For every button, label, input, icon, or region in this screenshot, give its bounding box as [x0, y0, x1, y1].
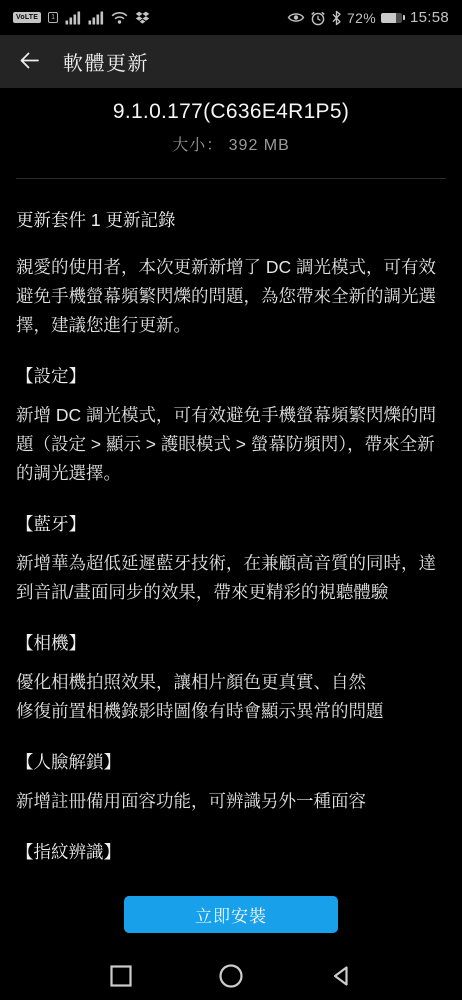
alarm-icon — [310, 10, 326, 26]
signal-strength-icon — [88, 11, 104, 25]
update-section-bluetooth: 【藍牙】 新增華為超低延遲藍牙技術，在兼顧高音質的同時，達到音訊/畫面同步的效果… — [16, 511, 446, 607]
signal-strength-icon — [65, 11, 81, 25]
software-update-screen: VoLTE 1 72% — [0, 0, 462, 1000]
home-button[interactable] — [214, 959, 248, 996]
update-section-face-unlock: 【人臉解鎖】 新增註冊備用面容功能，可辨識另外一種面容 — [16, 749, 446, 816]
back-nav-button[interactable] — [325, 960, 357, 995]
section-heading: 【藍牙】 — [16, 511, 446, 536]
clock-time: 15:58 — [410, 9, 449, 26]
app-header: 軟體更新 — [0, 35, 462, 88]
volte-icon: VoLTE — [13, 12, 41, 23]
divider — [16, 178, 446, 179]
status-bar-right: 72% 15:58 — [287, 9, 449, 26]
home-circle-icon — [218, 963, 244, 992]
back-button[interactable] — [18, 51, 40, 73]
update-intro-text: 親愛的使用者，本次更新新增了 DC 調光模式，可有效避免手機螢幕頻繁閃爍的問題，… — [16, 253, 446, 340]
install-now-button[interactable]: 立即安裝 — [124, 896, 338, 933]
update-section-fingerprint: 【指紋辨識】 — [16, 839, 446, 864]
section-text: 新增華為超低延遲藍牙技術，在兼顧高音質的同時，達到音訊/畫面同步的效果，帶來更精… — [16, 549, 446, 607]
section-heading: 【指紋辨識】 — [16, 839, 446, 864]
section-text: 修復前置相機錄影時圖像有時會顯示異常的問題 — [16, 697, 446, 726]
version-block: 9.1.0.177(C636E4R1P5) 大小： 392 MB — [0, 88, 462, 155]
section-text: 優化相機拍照效果，讓相片顏色更真實、自然 — [16, 668, 446, 697]
section-heading: 【設定】 — [16, 363, 446, 388]
status-bar: VoLTE 1 72% — [0, 0, 462, 35]
recents-square-icon — [109, 964, 133, 991]
sim-1-icon: 1 — [48, 12, 58, 23]
back-triangle-icon — [329, 964, 353, 991]
navigation-bar — [0, 954, 462, 1000]
page-title: 軟體更新 — [63, 47, 149, 76]
update-log-scroll-area[interactable]: 更新套件 1 更新記錄 親愛的使用者，本次更新新增了 DC 調光模式，可有效避免… — [0, 207, 462, 864]
status-bar-left: VoLTE 1 — [13, 11, 150, 25]
eye-comfort-icon — [287, 11, 305, 24]
wifi-icon — [111, 11, 128, 24]
update-log-title: 更新套件 1 更新記錄 — [16, 207, 446, 232]
section-text: 新增註冊備用面容功能，可辨識另外一種面容 — [16, 787, 446, 816]
update-section-settings: 【設定】 新增 DC 調光模式，可有效避免手機螢幕頻繁閃爍的問題（設定 > 顯示… — [16, 363, 446, 488]
section-heading: 【相機】 — [16, 630, 446, 655]
dropbox-icon — [135, 11, 150, 25]
update-section-camera: 【相機】 優化相機拍照效果，讓相片顏色更真實、自然 修復前置相機錄影時圖像有時會… — [16, 630, 446, 726]
recents-button[interactable] — [105, 960, 137, 995]
section-heading: 【人臉解鎖】 — [16, 749, 446, 774]
bluetooth-icon — [331, 10, 342, 26]
version-number: 9.1.0.177(C636E4R1P5) — [0, 100, 462, 124]
battery-icon — [381, 13, 402, 23]
battery-percent: 72% — [347, 10, 376, 26]
update-size: 大小： 392 MB — [0, 132, 462, 155]
section-text: 新增 DC 調光模式，可有效避免手機螢幕頻繁閃爍的問題（設定 > 顯示 > 護眼… — [16, 401, 446, 488]
arrow-left-icon — [18, 51, 40, 73]
